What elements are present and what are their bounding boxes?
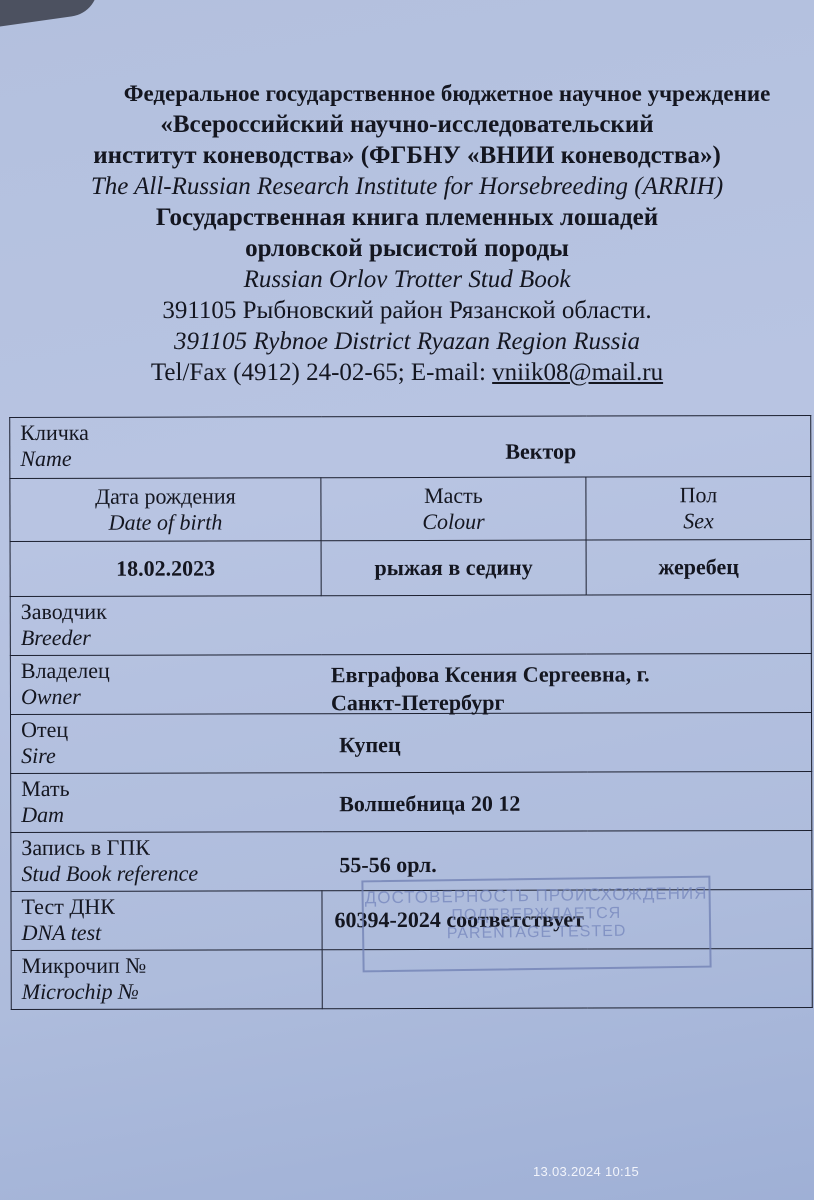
institution-line-2: «Всероссийский научно-исследовательский [0,109,814,140]
studbook-title-en: Russian Orlov Trotter Stud Book [0,264,814,295]
sire-value: Купец [339,732,401,758]
dna-label-ru: Тест ДНК [21,893,311,919]
sire-label-en: Sire [21,740,801,769]
photo-timestamp: 13.03.2024 10:15 [533,1164,639,1179]
sex-value: жеребец [586,539,811,595]
row-birth-colour-sex-values: 18.02.2023 рыжая в седину жеребец [10,539,811,596]
microchip-label-en: Microchip № [22,977,312,1005]
studbook-title-2: орловской рысистой породы [0,233,814,264]
dam-value: Волшебница 20 12 [339,791,520,817]
colour-value: рыжая в седину [321,540,586,596]
studbook-value: 55-56 орл. [339,852,436,878]
contact-email-link[interactable]: vniik08@mail.ru [492,359,663,386]
name-cell: Кличка Name Вектор [10,415,811,478]
row-sire: Отец Sire Купец [11,712,812,773]
breeder-cell: Заводчик Breeder [10,594,811,655]
row-breeder: Заводчик Breeder [10,594,811,655]
studbook-title-1: Государственная книга племенных лошадей [0,202,814,233]
row-birth-colour-sex-labels: Дата рождения Date of birth Масть Colour… [10,476,811,541]
contact-phone: Tel/Fax (4912) 24-02-65; E-mail: [151,359,492,386]
colour-label-en: Colour [331,508,575,536]
owner-value-line-1: Евграфова Ксения Сергеевна, г. [331,660,650,689]
stamp-line-3: PARENTAGE TESTED [364,922,709,945]
birth-value: 18.02.2023 [10,541,321,597]
institution-line-1: Федеральное государственное бюджетное на… [40,78,814,109]
photo-corner-shadow [0,0,102,28]
breeder-label-ru: Заводчик [21,597,801,624]
institution-name-en: The All-Russian Research Institute for H… [0,171,814,202]
contact-line: Tel/Fax (4912) 24-02-65; E-mail: vniik08… [0,357,814,388]
birth-label-cell: Дата рождения Date of birth [10,478,321,542]
dna-label-cell: Тест ДНК DNA test [11,891,322,951]
sex-label-en: Sex [596,507,800,535]
breeder-label-en: Breeder [21,622,801,651]
birth-label-en: Date of birth [20,508,310,536]
microchip-label-ru: Микрочип № [22,952,312,978]
owner-cell: Владелец Owner Евграфова Ксения Сергеевн… [10,653,811,714]
document-header: Федеральное государственное бюджетное на… [0,78,814,388]
sex-label-cell: Пол Sex [586,476,811,540]
sire-label-ru: Отец [21,715,801,742]
colour-label-cell: Масть Colour [321,477,586,541]
sex-label-ru: Пол [596,482,800,508]
address-en: 391105 Rybnoe District Ryazan Region Rus… [0,326,814,357]
row-dam: Мать Dam Волшебница 20 12 [11,771,812,832]
parentage-tested-stamp: ДОСТОВЕРНОСТЬ ПРОИСХОЖДЕНИЯ ПОДТВЕРЖДАЕТ… [361,876,711,973]
address-ru: 391105 Рыбновский район Рязанской област… [0,295,814,326]
dam-cell: Мать Dam Волшебница 20 12 [11,771,812,832]
row-owner: Владелец Owner Евграфова Ксения Сергеевн… [10,653,811,714]
name-label-ru: Кличка [20,418,800,445]
name-label-en: Name [20,443,800,472]
sire-cell: Отец Sire Купец [11,712,812,773]
microchip-label-cell: Микрочип № Microchip № [11,950,322,1010]
name-value: Вектор [505,439,576,465]
birth-label-ru: Дата рождения [20,483,310,509]
institution-line-3: институт коневодства» (ФГБНУ «ВНИИ конев… [0,140,814,171]
row-name: Кличка Name Вектор [10,415,811,478]
colour-label-ru: Масть [331,483,575,509]
dna-label-en: DNA test [22,918,312,946]
